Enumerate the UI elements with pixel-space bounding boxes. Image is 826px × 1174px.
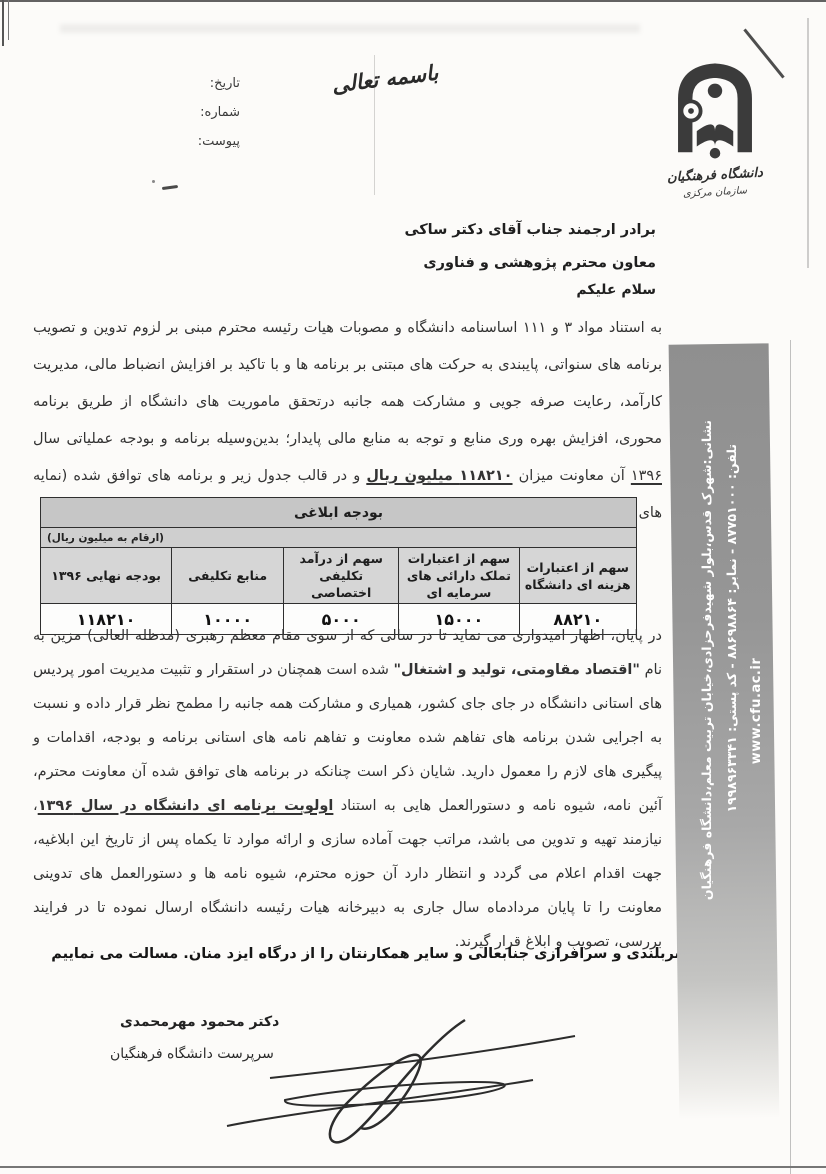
date-label: تاریخ:	[150, 76, 240, 91]
contact-info-text: نشانی:شهرک قدس،بلوار شهیدفرحزادی،خیابان …	[694, 416, 770, 1006]
recipient-block: برادر ارجمند جناب آقای دکتر ساکی معاون م…	[176, 214, 656, 280]
scan-shadow-right	[807, 18, 809, 268]
body-paragraph-2: در پایان، اظهار امیدواری می نماید تا در …	[33, 619, 662, 959]
scanned-letter-page: تاریخ: شماره: پیوست: باسمه تعالی دانشگاه…	[0, 0, 826, 1174]
table-title: بودجه ابلاغی	[41, 498, 637, 528]
scan-edge-top	[0, 0, 826, 2]
stray-ink-dot	[152, 180, 155, 183]
closing-line: سربلندی و سرافرازی جنابعالی و سایر همکار…	[40, 946, 700, 962]
budget-table: بودجه ابلاغی (ارقام به میلیون ریال) سهم …	[40, 497, 637, 635]
recipient-line-2: معاون محترم پژوهشی و فناوری	[176, 247, 656, 280]
scan-edge-bottom	[0, 1166, 826, 1168]
col-header-capital-assets: سهم از اعتبارات تملک دارائی های سرمایه ا…	[399, 548, 519, 604]
logo-university-name: دانشگاه فرهنگیان	[655, 165, 776, 186]
table-header-row: سهم از اعتبارات هزینه ای دانشگاه سهم از …	[41, 548, 637, 604]
handwritten-signature	[165, 1008, 595, 1158]
number-label: شماره:	[150, 105, 240, 120]
col-header-expense-credits: سهم از اعتبارات هزینه ای دانشگاه	[519, 548, 636, 604]
col-header-mandated-resources: منابع تکلیفی	[172, 548, 284, 604]
scan-edge-left	[2, 0, 4, 46]
contact-address: نشانی:شهرک قدس،بلوار شهیدفرحزادی،خیابان …	[694, 416, 719, 1006]
attachment-label: پیوست:	[150, 134, 240, 149]
university-emblem-icon	[667, 58, 763, 162]
table-unit-note: (ارقام به میلیون ریال)	[41, 528, 637, 548]
col-header-designated-income: سهم از درآمد تکلیفی اختصاصی	[284, 548, 399, 604]
contact-phone-fax-postal: تلفن: ۸۷۷۵۱۰۰۰ - نمابر: ۸۸۶۹۸۸۶۴ - کد پس…	[719, 416, 744, 1006]
logo-organization-name: سازمان مرکزی	[655, 184, 775, 201]
university-logo: دانشگاه فرهنگیان سازمان مرکزی	[655, 58, 775, 198]
recipient-line-1: برادر ارجمند جناب آقای دکتر ساکی	[176, 214, 656, 247]
col-header-final-budget: بودجه نهایی ۱۳۹۶	[41, 548, 172, 604]
contact-website: www.cfu.ac.ir	[744, 416, 769, 1006]
scan-edge-left-2	[8, 0, 9, 40]
stray-ink-mark	[162, 185, 178, 190]
scan-hairline-right	[790, 340, 791, 1174]
bismillah-calligraphy: باسمه تعالی	[299, 56, 471, 102]
scan-smudge	[60, 24, 640, 33]
salutation: سلام علیکم	[176, 282, 656, 298]
letterhead-meta: تاریخ: شماره: پیوست:	[150, 76, 240, 163]
